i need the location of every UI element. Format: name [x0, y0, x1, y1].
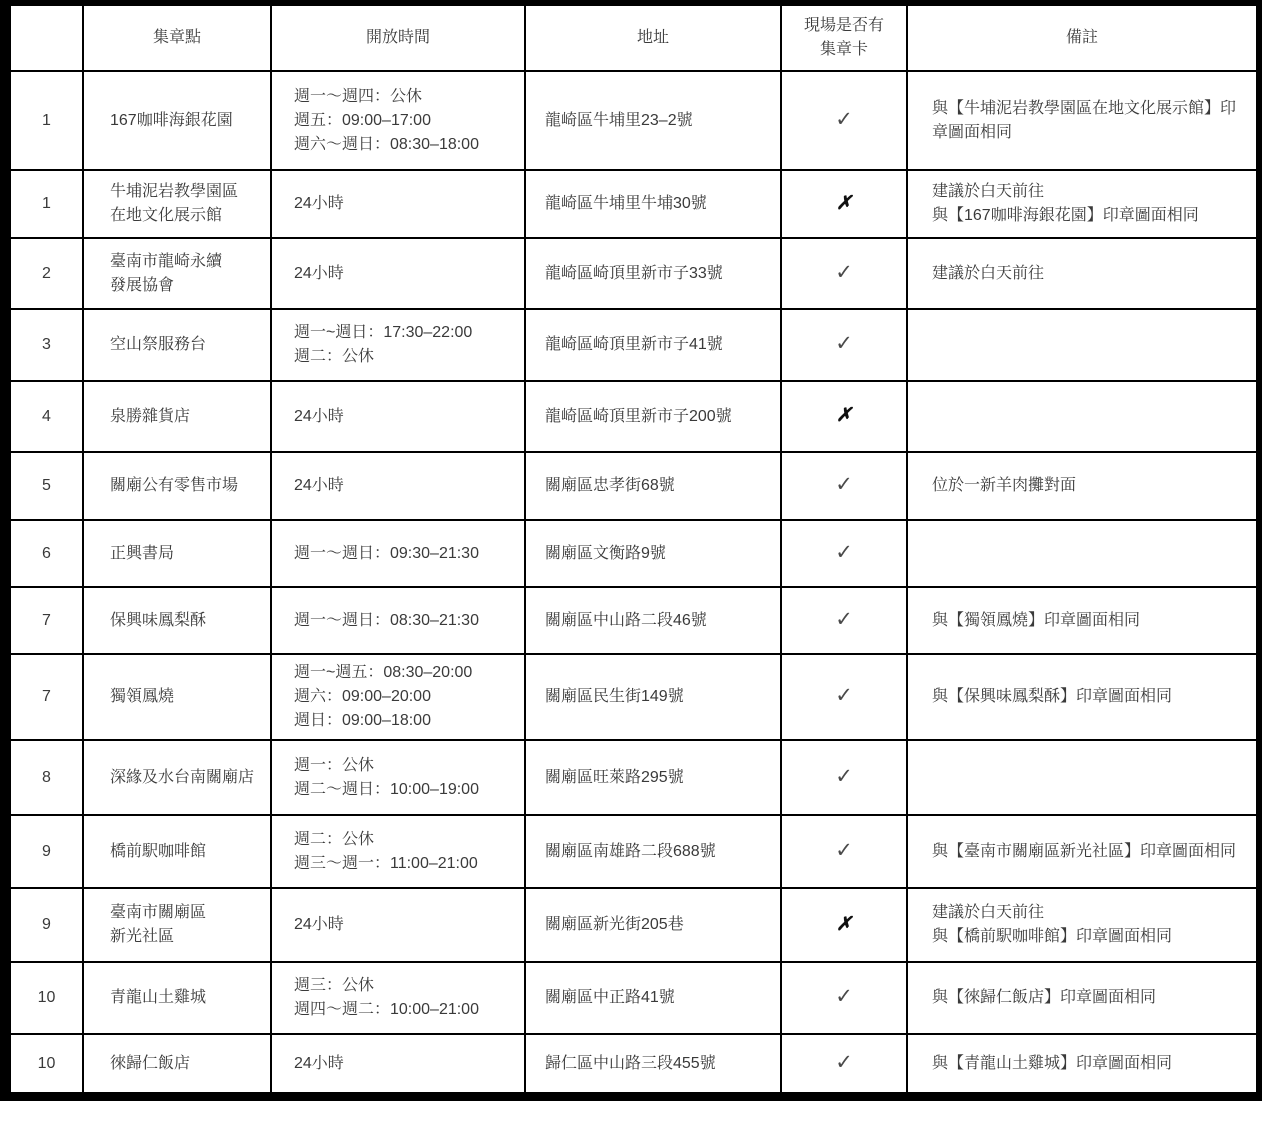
- row-number: 10: [10, 962, 83, 1034]
- text-line: 24小時: [294, 474, 516, 498]
- table-row: 1 牛埔泥岩教學園區在地文化展示館 24小時 龍崎區牛埔里牛埔30號 ✗ 建議於…: [10, 170, 1257, 238]
- text-line: 建議於白天前往: [932, 901, 1238, 925]
- text-line: 臺南市關廟區: [110, 901, 262, 925]
- text-line: 建議於白天前往: [932, 262, 1238, 286]
- site-name: 正興書局: [83, 520, 271, 587]
- check-icon: ✓: [835, 261, 853, 285]
- text-line: 週六～週日：08:30–18:00: [294, 133, 516, 157]
- open-hours: 週一～週日：09:30–21:30: [271, 520, 525, 587]
- open-hours: 週二：公休週三～週一：11:00–21:00: [271, 815, 525, 888]
- text-line: 24小時: [294, 192, 516, 216]
- header-card-line1: 現場是否有: [790, 14, 898, 38]
- row-number: 3: [10, 309, 83, 381]
- check-icon: ✓: [835, 473, 853, 497]
- row-number: 2: [10, 238, 83, 309]
- text-line: 24小時: [294, 913, 516, 937]
- card-cell: ✗: [781, 888, 907, 962]
- text-line: 在地文化展示館: [110, 204, 262, 228]
- header-number: [10, 5, 83, 71]
- text-line: 與【獨領鳳燒】印章圖面相同: [932, 609, 1238, 633]
- text-line: 與【167咖啡海銀花園】印章圖面相同: [932, 204, 1238, 228]
- address: 龍崎區崎頂里新市子200號: [525, 381, 781, 452]
- text-line: 臺南市龍崎永續: [110, 250, 262, 274]
- notes: 與【保興味鳳梨酥】印章圖面相同: [907, 654, 1257, 740]
- open-hours: 週一~週日：17:30–22:00週二：公休: [271, 309, 525, 381]
- notes: 建議於白天前往與【167咖啡海銀花園】印章圖面相同: [907, 170, 1257, 238]
- row-number: 7: [10, 587, 83, 654]
- notes: 與【獨領鳳燒】印章圖面相同: [907, 587, 1257, 654]
- check-icon: ✓: [835, 684, 853, 708]
- header-row: 集章點 開放時間 地址 現場是否有 集章卡 備註: [10, 5, 1257, 71]
- table-row: 4 泉勝雜貨店 24小時 龍崎區崎頂里新市子200號 ✗: [10, 381, 1257, 452]
- card-cell: ✓: [781, 815, 907, 888]
- table-row: 5 關廟公有零售市場 24小時 關廟區忠孝街68號 ✓ 位於一新羊肉攤對面: [10, 452, 1257, 520]
- table-row: 6 正興書局 週一～週日：09:30–21:30 關廟區文衡路9號 ✓: [10, 520, 1257, 587]
- site-name: 167咖啡海銀花園: [83, 71, 271, 170]
- text-line: 保興味鳳梨酥: [110, 609, 262, 633]
- text-line: 週五：09:00–17:00: [294, 109, 516, 133]
- text-line: 週三：公休: [294, 974, 516, 998]
- cross-icon: ✗: [836, 913, 852, 937]
- text-line: 週一~週五：08:30–20:00: [294, 661, 516, 685]
- address: 龍崎區牛埔里23–2號: [525, 71, 781, 170]
- card-cell: ✓: [781, 654, 907, 740]
- row-number: 8: [10, 740, 83, 815]
- header-hours: 開放時間: [271, 5, 525, 71]
- open-hours: 24小時: [271, 238, 525, 309]
- text-line: 空山祭服務台: [110, 333, 262, 357]
- text-line: 深緣及水台南關廟店: [110, 766, 262, 790]
- address: 關廟區中山路二段46號: [525, 587, 781, 654]
- card-cell: ✓: [781, 309, 907, 381]
- notes: 建議於白天前往與【橋前駅咖啡館】印章圖面相同: [907, 888, 1257, 962]
- table-row: 9 臺南市關廟區新光社區 24小時 關廟區新光街205巷 ✗ 建議於白天前往與【…: [10, 888, 1257, 962]
- open-hours: 週一～週四：公休週五：09:00–17:00週六～週日：08:30–18:00: [271, 71, 525, 170]
- site-name: 保興味鳳梨酥: [83, 587, 271, 654]
- stamp-location-table-wrap: 集章點 開放時間 地址 現場是否有 集章卡 備註 1 167咖啡海銀花園 週一～…: [0, 0, 1262, 1101]
- card-cell: ✗: [781, 170, 907, 238]
- site-name: 青龍山土雞城: [83, 962, 271, 1034]
- text-line: 與【青龍山土雞城】印章圖面相同: [932, 1052, 1238, 1076]
- row-number: 1: [10, 170, 83, 238]
- check-icon: ✓: [835, 985, 853, 1009]
- header-card: 現場是否有 集章卡: [781, 5, 907, 71]
- card-cell: ✓: [781, 962, 907, 1034]
- address: 關廟區民生街149號: [525, 654, 781, 740]
- text-line: 建議於白天前往: [932, 180, 1238, 204]
- address: 龍崎區牛埔里牛埔30號: [525, 170, 781, 238]
- table-row: 8 深緣及水台南關廟店 週一：公休週二～週日：10:00–19:00 關廟區旺萊…: [10, 740, 1257, 815]
- site-name: 橋前駅咖啡館: [83, 815, 271, 888]
- notes: [907, 309, 1257, 381]
- notes: 與【青龍山土雞城】印章圖面相同: [907, 1034, 1257, 1093]
- text-line: 週日：09:00–18:00: [294, 709, 516, 733]
- site-name: 深緣及水台南關廟店: [83, 740, 271, 815]
- open-hours: 24小時: [271, 170, 525, 238]
- text-line: 週二：公休: [294, 828, 516, 852]
- text-line: 與【徠歸仁飯店】印章圖面相同: [932, 986, 1238, 1010]
- cross-icon: ✗: [836, 404, 852, 428]
- check-icon: ✓: [835, 541, 853, 565]
- text-line: 週一~週日：17:30–22:00: [294, 321, 516, 345]
- site-name: 泉勝雜貨店: [83, 381, 271, 452]
- notes: [907, 381, 1257, 452]
- check-icon: ✓: [835, 839, 853, 863]
- header-card-line2: 集章卡: [790, 38, 898, 62]
- check-icon: ✓: [835, 765, 853, 789]
- notes: 與【牛埔泥岩教學園區在地文化展示館】印章圖面相同: [907, 71, 1257, 170]
- text-line: 週二～週日：10:00–19:00: [294, 778, 516, 802]
- card-cell: ✓: [781, 587, 907, 654]
- check-icon: ✓: [835, 608, 853, 632]
- check-icon: ✓: [835, 108, 853, 132]
- text-line: 與【保興味鳳梨酥】印章圖面相同: [932, 685, 1238, 709]
- address: 關廟區中正路41號: [525, 962, 781, 1034]
- text-line: 橋前駅咖啡館: [110, 840, 262, 864]
- table-row: 9 橋前駅咖啡館 週二：公休週三～週一：11:00–21:00 關廟區南雄路二段…: [10, 815, 1257, 888]
- address: 關廟區忠孝街68號: [525, 452, 781, 520]
- table-header: 集章點 開放時間 地址 現場是否有 集章卡 備註: [10, 5, 1257, 71]
- text-line: 週一～週日：09:30–21:30: [294, 542, 516, 566]
- text-line: 24小時: [294, 1052, 516, 1076]
- row-number: 4: [10, 381, 83, 452]
- open-hours: 24小時: [271, 1034, 525, 1093]
- table-row: 1 167咖啡海銀花園 週一～週四：公休週五：09:00–17:00週六～週日：…: [10, 71, 1257, 170]
- row-number: 5: [10, 452, 83, 520]
- open-hours: 週一~週五：08:30–20:00週六：09:00–20:00週日：09:00–…: [271, 654, 525, 740]
- notes: 與【臺南市關廟區新光社區】印章圖面相同: [907, 815, 1257, 888]
- text-line: 週一～週日：08:30–21:30: [294, 609, 516, 633]
- table-row: 7 保興味鳳梨酥 週一～週日：08:30–21:30 關廟區中山路二段46號 ✓…: [10, 587, 1257, 654]
- text-line: 167咖啡海銀花園: [110, 109, 262, 133]
- open-hours: 週一：公休週二～週日：10:00–19:00: [271, 740, 525, 815]
- table-row: 7 獨領鳳燒 週一~週五：08:30–20:00週六：09:00–20:00週日…: [10, 654, 1257, 740]
- card-cell: ✓: [781, 71, 907, 170]
- check-icon: ✓: [835, 1051, 853, 1075]
- notes: 位於一新羊肉攤對面: [907, 452, 1257, 520]
- text-line: 發展協會: [110, 274, 262, 298]
- card-cell: ✓: [781, 740, 907, 815]
- text-line: 泉勝雜貨店: [110, 405, 262, 429]
- text-line: 獨領鳳燒: [110, 685, 262, 709]
- text-line: 週三～週一：11:00–21:00: [294, 852, 516, 876]
- text-line: 24小時: [294, 405, 516, 429]
- text-line: 週一～週四：公休: [294, 85, 516, 109]
- open-hours: 週三：公休週四～週二：10:00–21:00: [271, 962, 525, 1034]
- site-name: 臺南市龍崎永續發展協會: [83, 238, 271, 309]
- open-hours: 24小時: [271, 888, 525, 962]
- site-name: 牛埔泥岩教學園區在地文化展示館: [83, 170, 271, 238]
- text-line: 週一：公休: [294, 754, 516, 778]
- cross-icon: ✗: [836, 192, 852, 216]
- row-number: 9: [10, 888, 83, 962]
- address: 關廟區文衡路9號: [525, 520, 781, 587]
- address: 歸仁區中山路三段455號: [525, 1034, 781, 1093]
- row-number: 9: [10, 815, 83, 888]
- stamp-location-table: 集章點 開放時間 地址 現場是否有 集章卡 備註 1 167咖啡海銀花園 週一～…: [9, 4, 1258, 1094]
- card-cell: ✗: [781, 381, 907, 452]
- site-name: 空山祭服務台: [83, 309, 271, 381]
- row-number: 1: [10, 71, 83, 170]
- check-icon: ✓: [835, 332, 853, 356]
- card-cell: ✓: [781, 238, 907, 309]
- text-line: 正興書局: [110, 542, 262, 566]
- table-row: 2 臺南市龍崎永續發展協會 24小時 龍崎區崎頂里新市子33號 ✓ 建議於白天前…: [10, 238, 1257, 309]
- site-name: 臺南市關廟區新光社區: [83, 888, 271, 962]
- site-name: 獨領鳳燒: [83, 654, 271, 740]
- text-line: 與【牛埔泥岩教學園區在地文化展示館】印章圖面相同: [932, 97, 1238, 145]
- text-line: 與【橋前駅咖啡館】印章圖面相同: [932, 925, 1238, 949]
- row-number: 6: [10, 520, 83, 587]
- address: 龍崎區崎頂里新市子41號: [525, 309, 781, 381]
- header-site: 集章點: [83, 5, 271, 71]
- row-number: 7: [10, 654, 83, 740]
- address: 關廟區新光街205巷: [525, 888, 781, 962]
- header-notes: 備註: [907, 5, 1257, 71]
- text-line: 徠歸仁飯店: [110, 1052, 262, 1076]
- text-line: 關廟公有零售市場: [110, 474, 262, 498]
- notes: 與【徠歸仁飯店】印章圖面相同: [907, 962, 1257, 1034]
- text-line: 週二：公休: [294, 345, 516, 369]
- table-row: 10 徠歸仁飯店 24小時 歸仁區中山路三段455號 ✓ 與【青龍山土雞城】印章…: [10, 1034, 1257, 1093]
- notes: [907, 520, 1257, 587]
- text-line: 週四～週二：10:00–21:00: [294, 998, 516, 1022]
- text-line: 24小時: [294, 262, 516, 286]
- header-address: 地址: [525, 5, 781, 71]
- address: 關廟區南雄路二段688號: [525, 815, 781, 888]
- text-line: 週六：09:00–20:00: [294, 685, 516, 709]
- table-body: 1 167咖啡海銀花園 週一～週四：公休週五：09:00–17:00週六～週日：…: [10, 71, 1257, 1093]
- table-row: 3 空山祭服務台 週一~週日：17:30–22:00週二：公休 龍崎區崎頂里新市…: [10, 309, 1257, 381]
- card-cell: ✓: [781, 1034, 907, 1093]
- notes: 建議於白天前往: [907, 238, 1257, 309]
- text-line: 牛埔泥岩教學園區: [110, 180, 262, 204]
- site-name: 徠歸仁飯店: [83, 1034, 271, 1093]
- table-row: 10 青龍山土雞城 週三：公休週四～週二：10:00–21:00 關廟區中正路4…: [10, 962, 1257, 1034]
- text-line: 青龍山土雞城: [110, 986, 262, 1010]
- address: 關廟區旺萊路295號: [525, 740, 781, 815]
- row-number: 10: [10, 1034, 83, 1093]
- open-hours: 24小時: [271, 381, 525, 452]
- text-line: 位於一新羊肉攤對面: [932, 474, 1238, 498]
- open-hours: 24小時: [271, 452, 525, 520]
- notes: [907, 740, 1257, 815]
- text-line: 新光社區: [110, 925, 262, 949]
- text-line: 與【臺南市關廟區新光社區】印章圖面相同: [932, 840, 1238, 864]
- card-cell: ✓: [781, 520, 907, 587]
- open-hours: 週一～週日：08:30–21:30: [271, 587, 525, 654]
- card-cell: ✓: [781, 452, 907, 520]
- site-name: 關廟公有零售市場: [83, 452, 271, 520]
- address: 龍崎區崎頂里新市子33號: [525, 238, 781, 309]
